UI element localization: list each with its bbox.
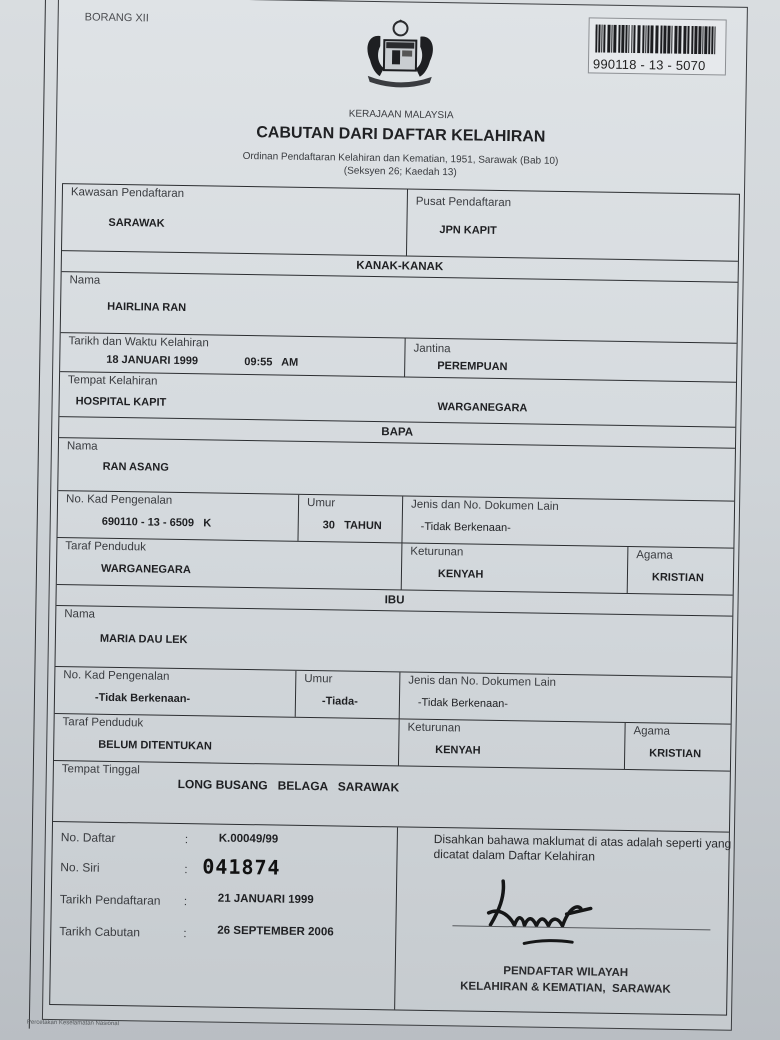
mother-ic-label: No. Kad Pengenalan — [63, 669, 169, 683]
father-name-label: Nama — [67, 440, 98, 452]
mother-residency-cell: Taraf Penduduk BELUM DITENTUKAN — [54, 714, 399, 765]
father-residency-label: Taraf Penduduk — [65, 540, 146, 553]
child-gender-cell: Jantina PEREMPUAN — [404, 338, 737, 381]
reg-date-colon: : — [184, 894, 188, 908]
barcode-box: 990118 - 13 - 5070 — [588, 17, 727, 75]
registration-area-value: SARAWAK — [108, 217, 164, 230]
record-certification-row: No. Daftar : K.00049/99 No. Siri : 04187… — [50, 821, 729, 1015]
father-ic-label: No. Kad Pengenalan — [66, 493, 172, 507]
child-name-cell: Nama HAIRLINA RAN — [61, 272, 738, 343]
mother-age-value: -Tiada- — [322, 695, 358, 708]
father-name-value: RAN ASANG — [103, 461, 169, 474]
father-ethnicity-label: Keturunan — [410, 546, 463, 559]
mother-residency-label: Taraf Penduduk — [63, 716, 144, 729]
mother-name-value: MARIA DAU LEK — [100, 633, 188, 646]
father-ic-value: 690110 - 13 - 6509 K — [102, 516, 212, 530]
child-pob-label: Tempat Kelahiran — [68, 374, 158, 387]
father-other-doc-cell: Jenis dan No. Dokumen Lain -Tidak Berken… — [401, 496, 734, 547]
reg-no-label: No. Daftar — [61, 830, 116, 845]
child-pob-value: HOSPITAL KAPIT — [76, 395, 167, 408]
mother-name-cell: Nama MARIA DAU LEK — [55, 606, 732, 677]
reg-no-value: K.00049/99 — [219, 833, 279, 846]
child-name-row: Nama HAIRLINA RAN — [61, 271, 738, 343]
registration-centre-label: Pusat Pendaftaran — [416, 196, 511, 209]
signature-icon — [480, 877, 641, 950]
mother-address-value: LONG BUSANG BELAGA SARAWAK — [178, 777, 400, 794]
father-residency-cell: Taraf Penduduk WARGANEGARA — [57, 538, 402, 589]
reg-date-label: Tarikh Pendaftaran — [60, 892, 161, 908]
mother-residency-value: BELUM DITENTUKAN — [98, 739, 212, 753]
child-dob-date: 18 JANUARI 1999 — [106, 354, 198, 367]
mother-other-doc-cell: Jenis dan No. Dokumen Lain -Tidak Berken… — [399, 672, 732, 723]
malaysia-coat-of-arms-icon — [350, 18, 451, 92]
mother-other-doc-label: Jenis dan No. Dokumen Lain — [408, 675, 556, 689]
registration-area-label: Kawasan Pendaftaran — [71, 186, 184, 200]
mother-age-cell: Umur -Tiada- — [295, 671, 400, 719]
mother-address-row: Tempat Tinggal LONG BUSANG BELAGA SARAWA… — [53, 760, 730, 832]
mother-religion-value: KRISTIAN — [649, 747, 701, 760]
registration-form-table: Kawasan Pendaftaran SARAWAK Pusat Pendaf… — [49, 183, 740, 1016]
registration-centre-cell: Pusat Pendaftaran JPN KAPIT — [406, 190, 739, 261]
barcode-icon — [595, 24, 717, 54]
document-title: CABUTAN DARI DAFTAR KELAHIRAN — [57, 121, 745, 150]
father-ic-cell: No. Kad Pengenalan 690110 - 13 - 6509 K — [58, 491, 299, 541]
barcode-number: 990118 - 13 - 5070 — [593, 56, 706, 73]
child-gender-label: Jantina — [413, 343, 450, 356]
father-other-doc-label: Jenis dan No. Dokumen Lain — [411, 499, 559, 513]
registration-row: Kawasan Pendaftaran SARAWAK Pusat Pendaf… — [62, 184, 739, 261]
mother-other-doc-value: -Tidak Berkenaan- — [418, 697, 508, 710]
mother-ethnicity-value: KENYAH — [435, 744, 481, 757]
legal-reference: Ordinan Pendaftaran Kelahiran dan Kemati… — [56, 147, 744, 184]
serial-no-colon: : — [184, 862, 188, 876]
father-age-value: 30 TAHUN — [323, 519, 382, 532]
father-other-doc-value: -Tidak Berkenaan- — [421, 521, 511, 534]
mother-address-cell: Tempat Tinggal LONG BUSANG BELAGA SARAWA… — [53, 761, 730, 832]
extract-date-label: Tarikh Cabutan — [59, 924, 140, 939]
record-details-cell: No. Daftar : K.00049/99 No. Siri : 04187… — [50, 822, 397, 1009]
child-dob-label: Tarikh dan Waktu Kelahiran — [68, 335, 208, 349]
mother-ethnicity-cell: Keturunan KENYAH — [398, 719, 625, 769]
father-ethnicity-value: KENYAH — [438, 568, 484, 581]
father-religion-value: KRISTIAN — [652, 571, 704, 584]
certification-statement: Disahkan bahawa maklumat di atas adalah … — [433, 832, 733, 867]
father-religion-label: Agama — [636, 549, 673, 562]
child-name-value: HAIRLINA RAN — [107, 301, 186, 314]
mother-name-label: Nama — [64, 608, 95, 620]
outer-border-line — [29, 0, 46, 1029]
mother-ethnicity-label: Keturunan — [407, 722, 460, 735]
child-gender-value: PEREMPUAN — [437, 360, 507, 373]
birth-certificate-extract: BORANG XII 990118 - 13 - 5070 KERAJAAN M… — [42, 0, 748, 1031]
serial-no-label: No. Siri — [60, 860, 100, 875]
child-name-label: Nama — [69, 274, 100, 286]
registrar-title: PENDAFTAR WILAYAH KELAHIRAN & KEMATIAN, … — [395, 961, 735, 998]
child-dob-time: 09:55 AM — [244, 356, 298, 369]
certification-cell: Disahkan bahawa maklumat di atas adalah … — [394, 827, 729, 1014]
printer-footer: Percetakan Keselamatan Nasional — [27, 1020, 119, 1027]
mother-religion-label: Agama — [633, 725, 670, 738]
father-ethnicity-cell: Keturunan KENYAH — [401, 543, 628, 593]
mother-ic-value: -Tidak Berkenaan- — [95, 692, 190, 705]
mother-religion-cell: Agama KRISTIAN — [624, 723, 731, 771]
form-code: BORANG XII — [85, 11, 149, 24]
father-age-label: Umur — [307, 497, 335, 509]
registration-centre-value: JPN KAPIT — [439, 224, 497, 237]
mother-ic-cell: No. Kad Pengenalan -Tidak Berkenaan- — [55, 667, 296, 717]
mother-name-row: Nama MARIA DAU LEK — [55, 605, 732, 677]
father-religion-cell: Agama KRISTIAN — [627, 547, 734, 595]
registration-area-cell: Kawasan Pendaftaran SARAWAK — [62, 184, 407, 255]
reg-date-value: 21 JANUARI 1999 — [218, 893, 314, 907]
father-age-cell: Umur 30 TAHUN — [297, 495, 402, 543]
serial-no-value: 041874 — [202, 854, 281, 879]
mother-age-label: Umur — [304, 673, 332, 685]
reg-no-colon: : — [185, 832, 189, 846]
extract-date-value: 26 SEPTEMBER 2006 — [217, 925, 334, 939]
child-citizenship-value: WARGANEGARA — [437, 401, 527, 414]
extract-date-colon: : — [183, 926, 187, 940]
father-residency-value: WARGANEGARA — [101, 563, 191, 576]
child-dob-cell: Tarikh dan Waktu Kelahiran 18 JANUARI 19… — [60, 333, 405, 376]
mother-address-label: Tempat Tinggal — [62, 763, 140, 776]
